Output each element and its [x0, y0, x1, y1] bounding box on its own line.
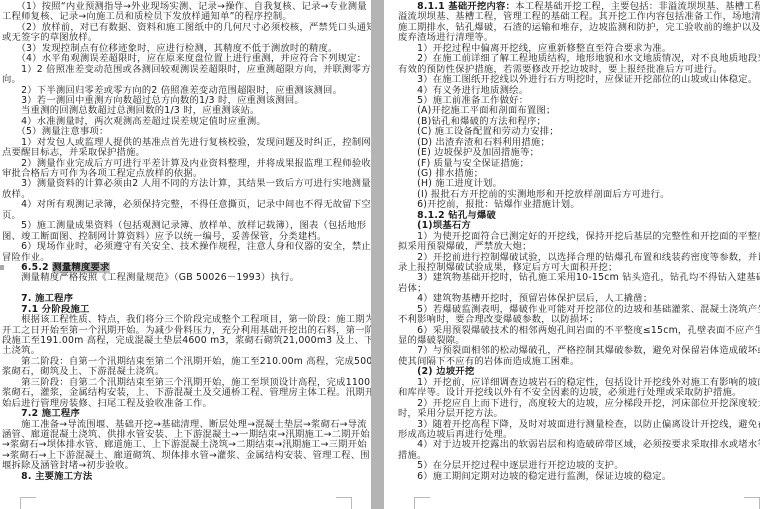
- text-line: 3）建筑物基础开挖时，钻孔施工采用10-15cm 钻头造孔，钻孔均不得钻入建基础…: [398, 273, 760, 283]
- page-gap-divider: [371, 0, 384, 509]
- right-page-text: 8.1.1 基础开挖内容：本工程基础开挖工程，主要包括：非溢流坝坝基、基槽工程、…: [398, 2, 760, 482]
- text-boundary-mark-left-page-bottom-left: [20, 497, 36, 509]
- text-line: 6）施工期间定期对边坡的稳定进行监测，保证边坡的稳定。: [398, 472, 760, 482]
- document-page-right: 8.1.1 基础开挖内容：本工程基础开挖工程，主要包括：非溢流坝坝基、基槽工程、…: [384, 0, 760, 509]
- text-line: 6）现场作业时，必须遵守有关安全、技术操作规程，注意人身和仪器的安全，禁止: [2, 242, 370, 252]
- text-line: 4）对于边坡开挖露出的软弱岩层和构造破碎带区域，必须按要求采取排水或堵水等: [398, 440, 760, 450]
- text-line: 测量精度严格按照《工程测量规范》（GB 50026－1993）执行。: [2, 273, 370, 283]
- text-line: 3）测量资料的计算必须由2 人用不同的方法计算，其结果一致后方可进行实地测量: [2, 179, 370, 189]
- document-page-left: （1）按照“内业预测指导→外业现场实测、记录→操作、自我复核、记录→专业测量工程…: [0, 0, 371, 509]
- margin-mark: [0, 265, 4, 270]
- text-boundary-mark-right-page-bottom-right: [744, 497, 760, 509]
- text-boundary-mark-left-page-bottom-right: [336, 497, 352, 509]
- text-line: 4）对所有观测记录簿，必须保持完整，不得任意撕页，记录中间也不得无故留下空: [2, 200, 370, 210]
- text-line: 1）2 倍照准差变动范围或各测回较观测误差超限时，应重测超限方向，并联测零方: [2, 65, 370, 75]
- text-boundary-mark-right-page-bottom-left: [414, 497, 430, 509]
- left-page-text: （1）按照“内业预测指导→外业现场实测、记录→操作、自我复核、记录→专业测量工程…: [2, 2, 370, 482]
- text-line: 8. 主要施工方法: [2, 472, 370, 482]
- text-line: 段施工至191.00m 高程，完成混凝土垫层4600 m3，浆砌石砌筑21,00…: [2, 336, 370, 346]
